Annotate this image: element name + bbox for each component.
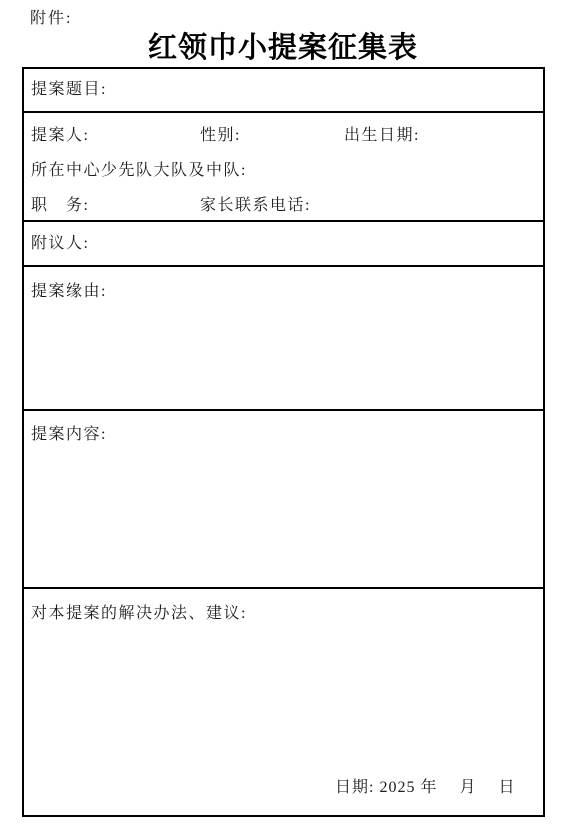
page-title: 红领巾小提案征集表 <box>0 25 566 66</box>
reason-label: 提案缘由: <box>31 283 107 300</box>
proposer-line: 提案人: 性别: 出生日期: <box>31 118 543 153</box>
position-label: 职 务: <box>31 197 89 215</box>
gender-label: 性别: <box>200 127 241 145</box>
parent-phone-label: 家长联系电话: <box>200 197 311 215</box>
proposal-form-table: 提案题目: 提案人: 性别: 出生日期: 所在中心少先队大队及中队: 职 务: … <box>22 67 545 817</box>
position-line: 职 务: 家长联系电话: <box>31 188 543 223</box>
content-label: 提案内容: <box>31 426 107 443</box>
row-proposer-info: 提案人: 性别: 出生日期: 所在中心少先队大队及中队: 职 务: 家长联系电话… <box>24 113 543 222</box>
row-proposal-title: 提案题目: <box>24 69 543 113</box>
row-solution-suggestion: 对本提案的解决办法、建议: 日期: 2025 年 月 日 <box>24 589 543 815</box>
organization-line: 所在中心少先队大队及中队: <box>31 153 543 188</box>
solution-label: 对本提案的解决办法、建议: <box>31 605 247 622</box>
document-page: { "document": { "attachment_label": "附件:… <box>0 0 566 832</box>
organization-label: 所在中心少先队大队及中队: <box>31 162 247 180</box>
row-seconder: 附议人: <box>24 222 543 267</box>
date-line: 日期: 2025 年 月 日 <box>335 779 515 797</box>
seconder-label: 附议人: <box>31 235 89 253</box>
row-proposal-reason: 提案缘由: <box>24 267 543 411</box>
birth-date-label: 出生日期: <box>344 127 420 145</box>
proposal-title-label: 提案题目: <box>31 81 107 99</box>
proposer-label: 提案人: <box>31 127 89 145</box>
row-proposal-content: 提案内容: <box>24 411 543 589</box>
